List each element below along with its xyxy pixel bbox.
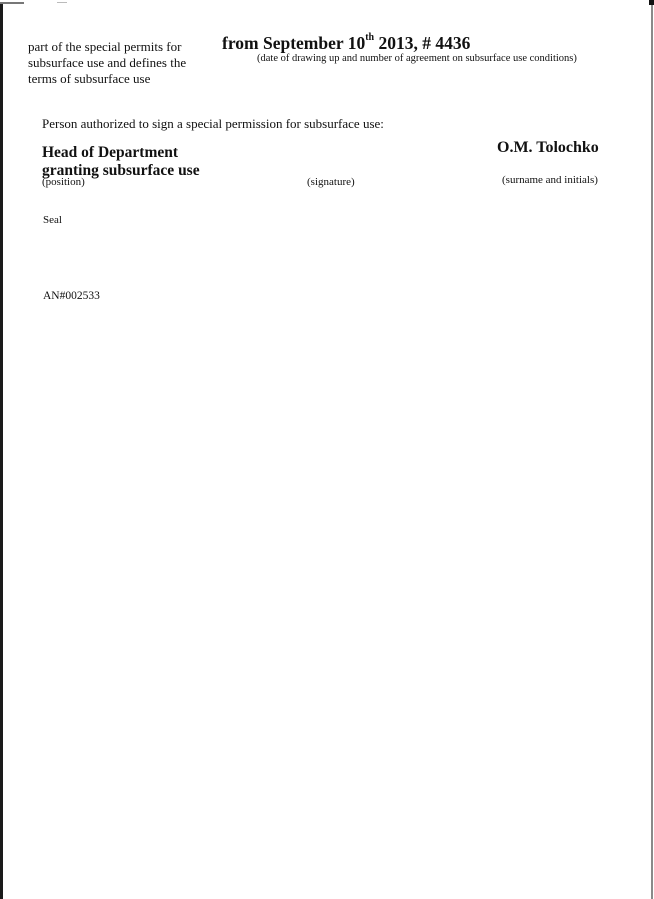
scan-mark [57,2,67,3]
description-line: subsurface use and defines the [28,55,218,71]
signatory-position: Head of Department granting subsurface u… [42,144,200,180]
page-right-edge [651,0,653,899]
seal-label: Seal [43,214,62,226]
document-number: AN#002533 [43,290,100,302]
date-suffix: 2013, # 4436 [374,33,470,53]
agreement-date-number: from September 10th 2013, # 4436 [222,33,470,54]
position-line: Head of Department [42,144,200,162]
agreement-date-caption: (date of drawing up and number of agreem… [257,53,577,64]
signatory-name: O.M. Tolochko [497,139,599,157]
description-line: terms of subsurface use [28,71,218,87]
date-ordinal: th [365,32,374,43]
signatory-intro: Person authorized to sign a special perm… [42,116,384,132]
name-caption: (surname and initials) [502,174,598,186]
description-line: part of the special permits for [28,39,218,55]
permit-description: part of the special permits for subsurfa… [28,39,218,87]
scan-mark [649,0,654,5]
scan-mark [0,2,24,4]
page-left-edge [0,2,3,899]
position-caption: (position) [42,176,85,188]
signature-caption: (signature) [307,176,355,188]
date-prefix: from September 10 [222,33,365,53]
